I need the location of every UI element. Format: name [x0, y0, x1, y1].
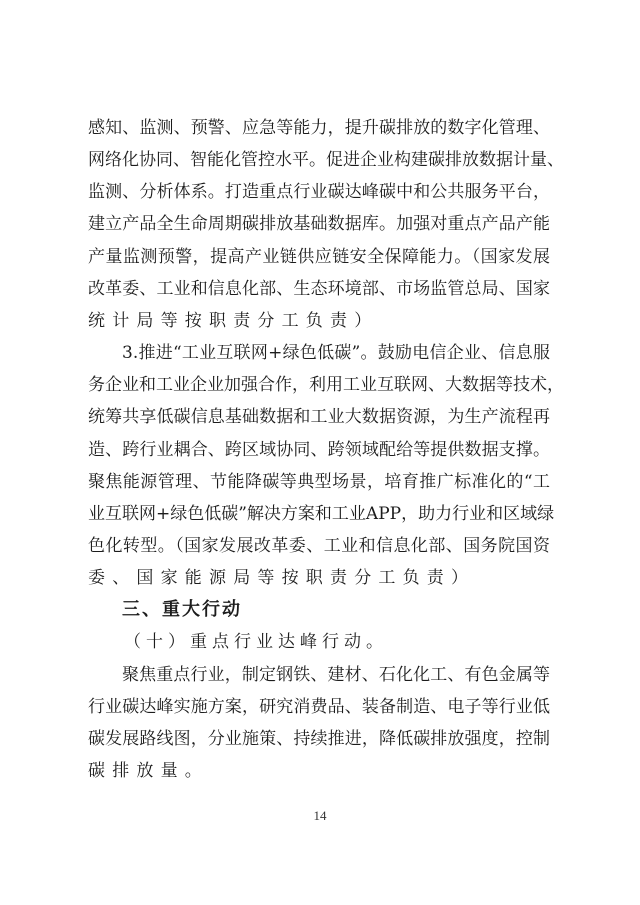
text-line: 监测、分析体系。打造重点行业碳达峰碳中和公共服务平台， [88, 176, 550, 208]
text-line: 感知、监测、预警、应急等能力，提升碳排放的数字化管理、 [88, 112, 550, 144]
text-line: 聚焦重点行业，制定钢铁、建材、石化化工、有色金属等 [122, 659, 550, 691]
document-page: 感知、监测、预警、应急等能力，提升碳排放的数字化管理、 网络化协同、智能化管控水… [0, 0, 640, 905]
text-line: 统筹共享低碳信息基础数据和工业大数据资源，为生产流程再 [88, 401, 550, 433]
text-line: 行业碳达峰实施方案，研究消费品、装备制造、电子等行业低 [88, 691, 550, 723]
text-line: 业互联网+绿色低碳”解决方案和工业APP，助力行业和区域绿 [88, 498, 550, 530]
text-line: 色化转型。（国家发展改革委、工业和信息化部、国务院国资 [88, 530, 550, 562]
text-line: 碳发展路线图，分业施策、持续推进，降低碳排放强度，控制 [88, 723, 550, 755]
text-line: 造、跨行业耦合、跨区域协同、跨领域配给等提供数据支撑。 [88, 434, 550, 466]
text-line: 建立产品全生命周期碳排放基础数据库。加强对重点产品产能 [88, 208, 550, 240]
text-line: 统计局等按职责分工负责） [88, 305, 550, 337]
text-line: 碳排放量。 [88, 755, 550, 787]
text-line: 委、国家能源局等按职责分工负责） [88, 562, 550, 594]
text-line: 产量监测预警，提高产业链供应链安全保障能力。（国家发展 [88, 241, 550, 273]
text-line: 务企业和工业企业加强合作，利用工业互联网、大数据等技术， [88, 369, 550, 401]
subsection-heading: （十）重点行业达峰行动。 [124, 626, 388, 658]
text-line: 聚焦能源管理、节能降碳等典型场景，培育推广标准化的“工 [88, 466, 550, 498]
section-heading: 三、重大行动 [122, 594, 242, 626]
text-line: 3.推进“工业互联网+绿色低碳”。鼓励电信企业、信息服 [122, 337, 550, 369]
page-number: 14 [0, 808, 640, 824]
text-line: 改革委、工业和信息化部、生态环境部、市场监管总局、国家 [88, 273, 550, 305]
text-line: 网络化协同、智能化管控水平。促进企业构建碳排放数据计量、 [88, 144, 550, 176]
